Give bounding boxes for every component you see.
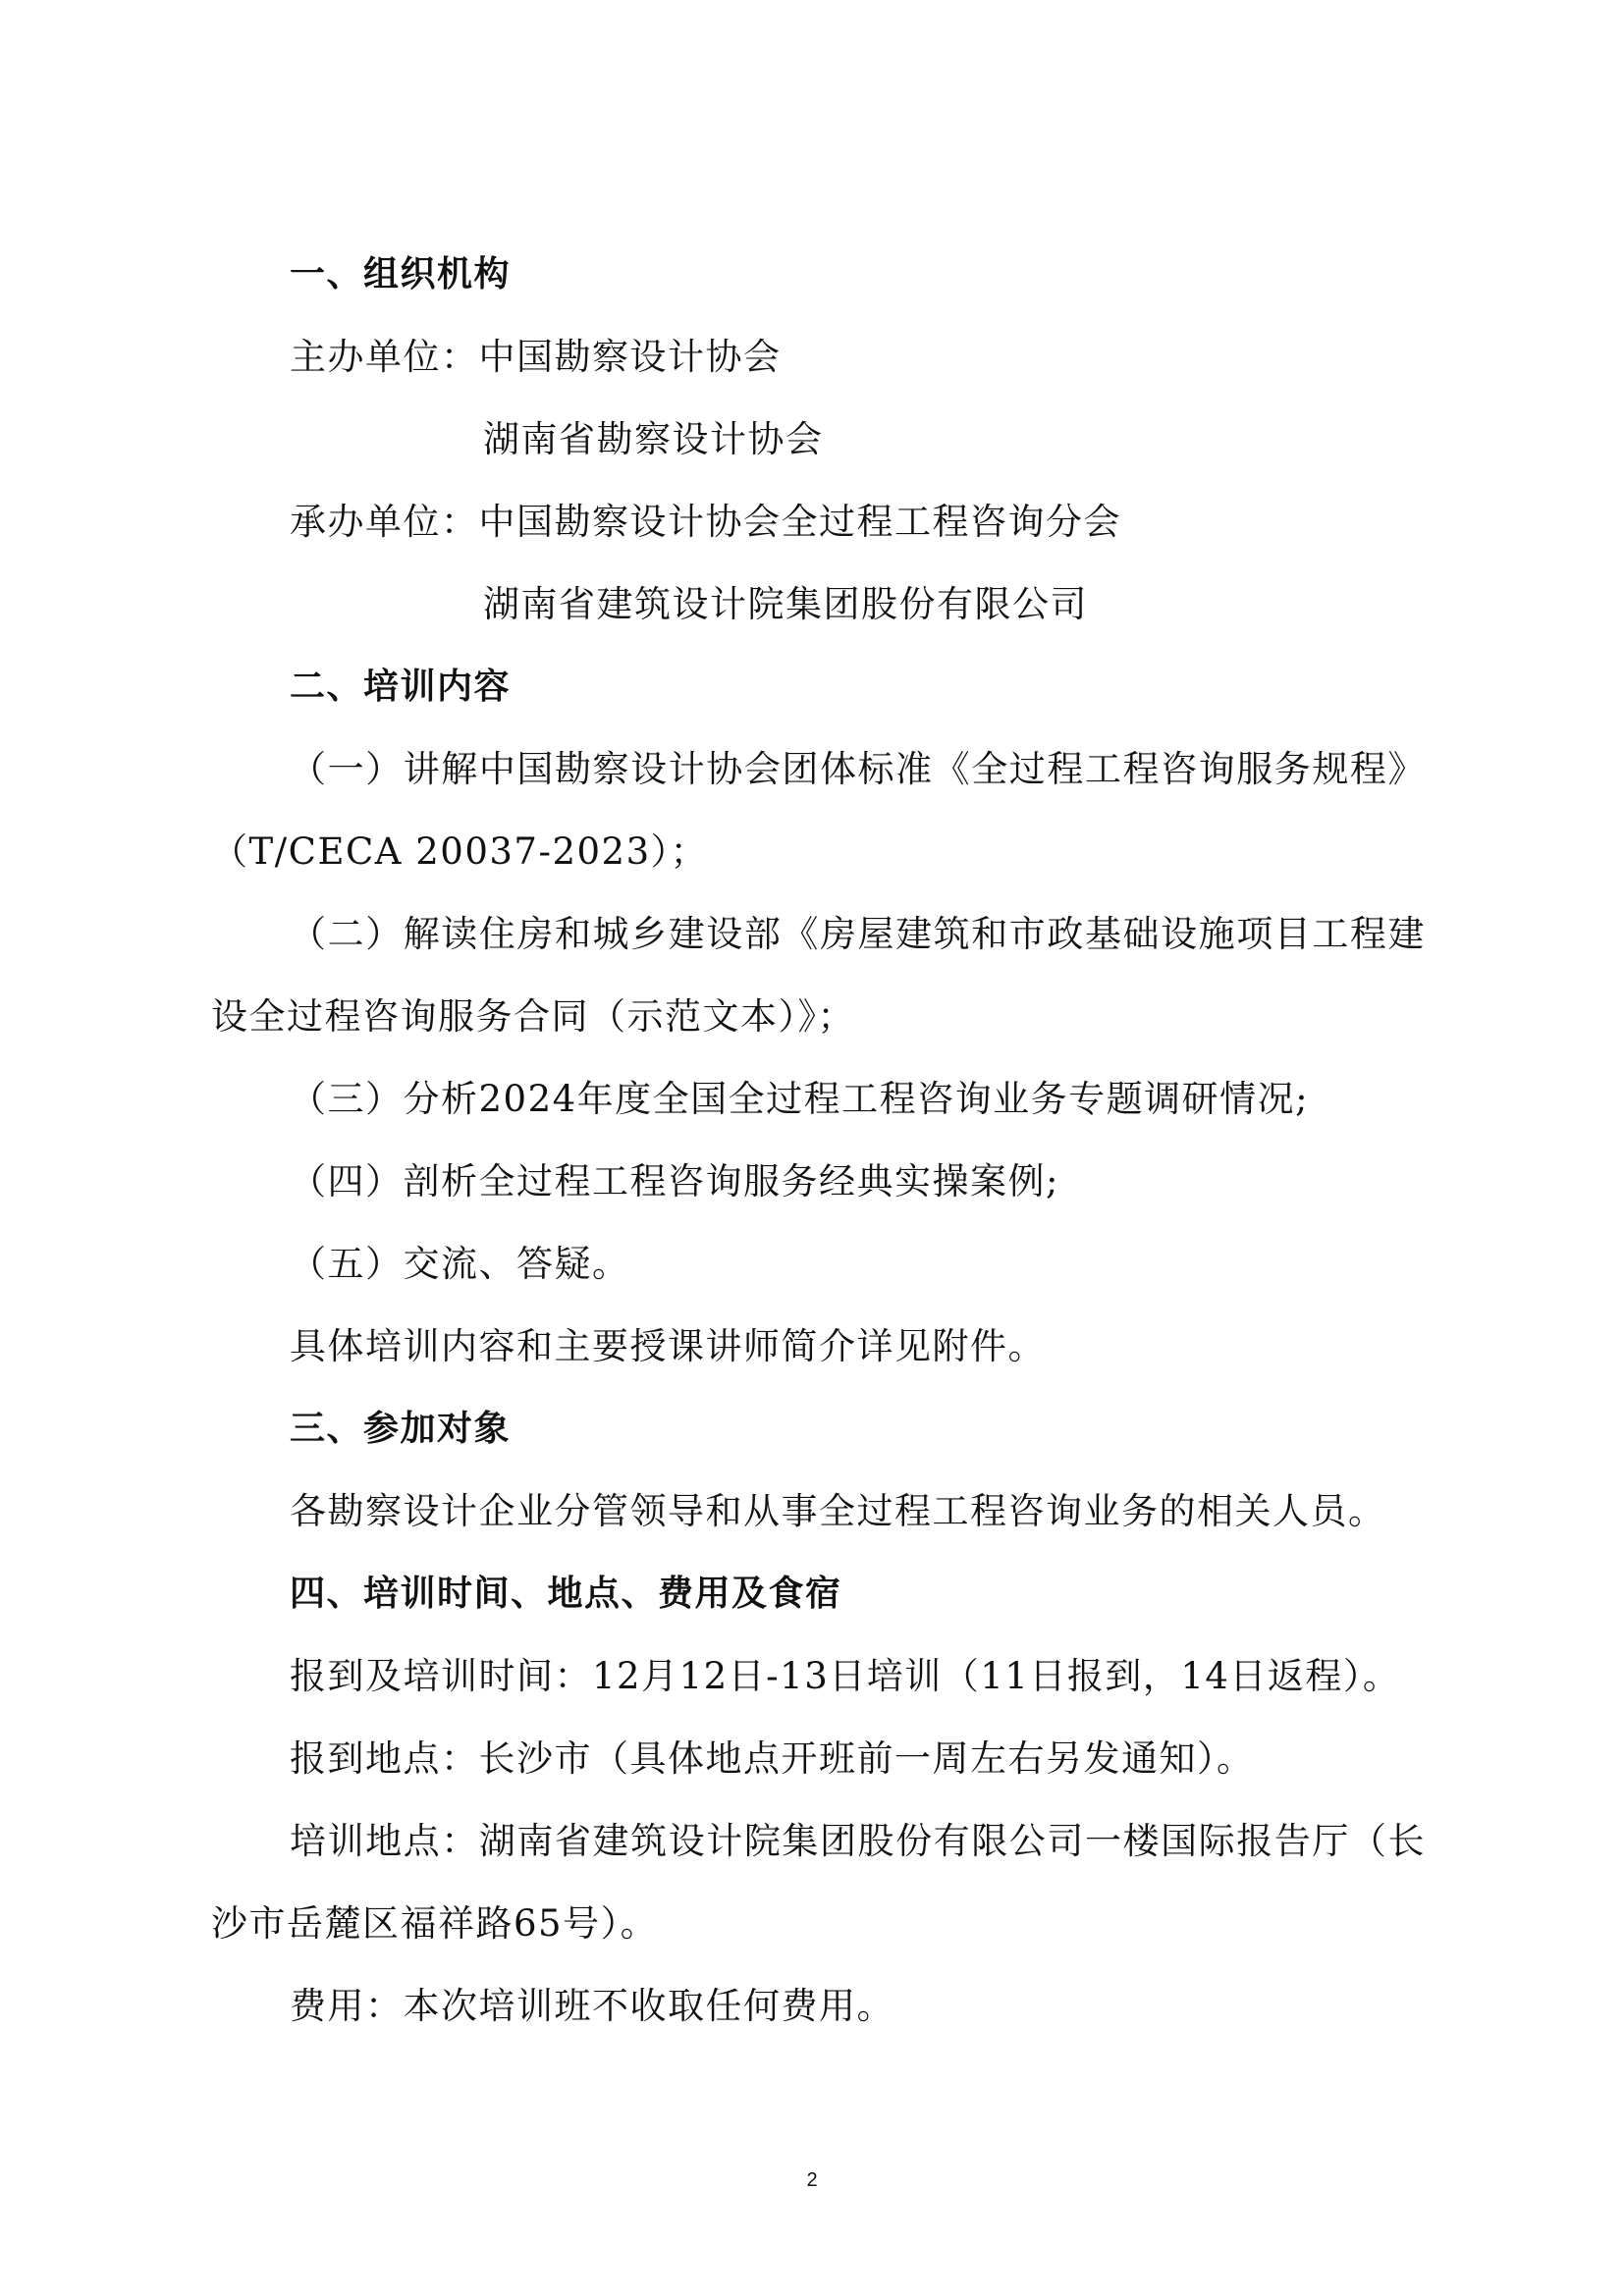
host-row: 主办单位：中国勘察设计协会 (211, 316, 1426, 399)
organizer-row: 承办单位：中国勘察设计协会全过程工程咨询分会 (211, 481, 1426, 563)
content-item: （一）讲解中国勘察设计协会团体标准《全过程工程咨询服务规程》（T/CECA 20… (211, 728, 1426, 893)
content-item: （二）解读住房和城乡建设部《房屋建筑和市政基础设施项目工程建设全过程咨询服务合同… (211, 893, 1426, 1058)
section-heading-organization: 一、组织机构 (211, 234, 1426, 316)
section-heading-content: 二、培训内容 (211, 646, 1426, 728)
section-heading-logistics: 四、培训时间、地点、费用及食宿 (211, 1553, 1426, 1635)
section-heading-participants: 三、参加对象 (211, 1388, 1426, 1470)
organizer-label: 承办单位： (290, 481, 479, 563)
document-page: 一、组织机构 主办单位：中国勘察设计协会 湖南省勘察设计协会 承办单位：中国勘察… (211, 234, 1426, 2048)
host-item: 中国勘察设计协会 (479, 336, 782, 378)
training-time: 报到及培训时间：12月12日-13日培训（11日报到，14日返程）。 (211, 1635, 1426, 1718)
participants-text: 各勘察设计企业分管领导和从事全过程工程咨询业务的相关人员。 (211, 1470, 1426, 1553)
organizer-item: 湖南省建筑设计院集团股份有限公司 (483, 583, 1088, 625)
checkin-location: 报到地点：长沙市（具体地点开班前一周左右另发通知）。 (211, 1718, 1426, 1800)
host-label: 主办单位： (290, 316, 479, 399)
training-fee: 费用：本次培训班不收取任何费用。 (211, 1965, 1426, 2048)
page-number: 2 (0, 2169, 1624, 2192)
host-row: 湖南省勘察设计协会 (211, 399, 1426, 481)
content-item: （三）分析2024年度全国全过程工程咨询业务专题调研情况; (211, 1058, 1426, 1141)
content-item: （五）交流、答疑。 (211, 1223, 1426, 1306)
host-item: 湖南省勘察设计协会 (483, 418, 824, 460)
organizer-item: 中国勘察设计协会全过程工程咨询分会 (479, 501, 1122, 543)
content-note: 具体培训内容和主要授课讲师简介详见附件。 (211, 1306, 1426, 1388)
organizer-row: 湖南省建筑设计院集团股份有限公司 (211, 563, 1426, 646)
training-location: 培训地点：湖南省建筑设计院集团股份有限公司一楼国际报告厅（长沙市岳麓区福祥路65… (211, 1800, 1426, 1965)
content-item: （四）剖析全过程工程咨询服务经典实操案例; (211, 1141, 1426, 1223)
